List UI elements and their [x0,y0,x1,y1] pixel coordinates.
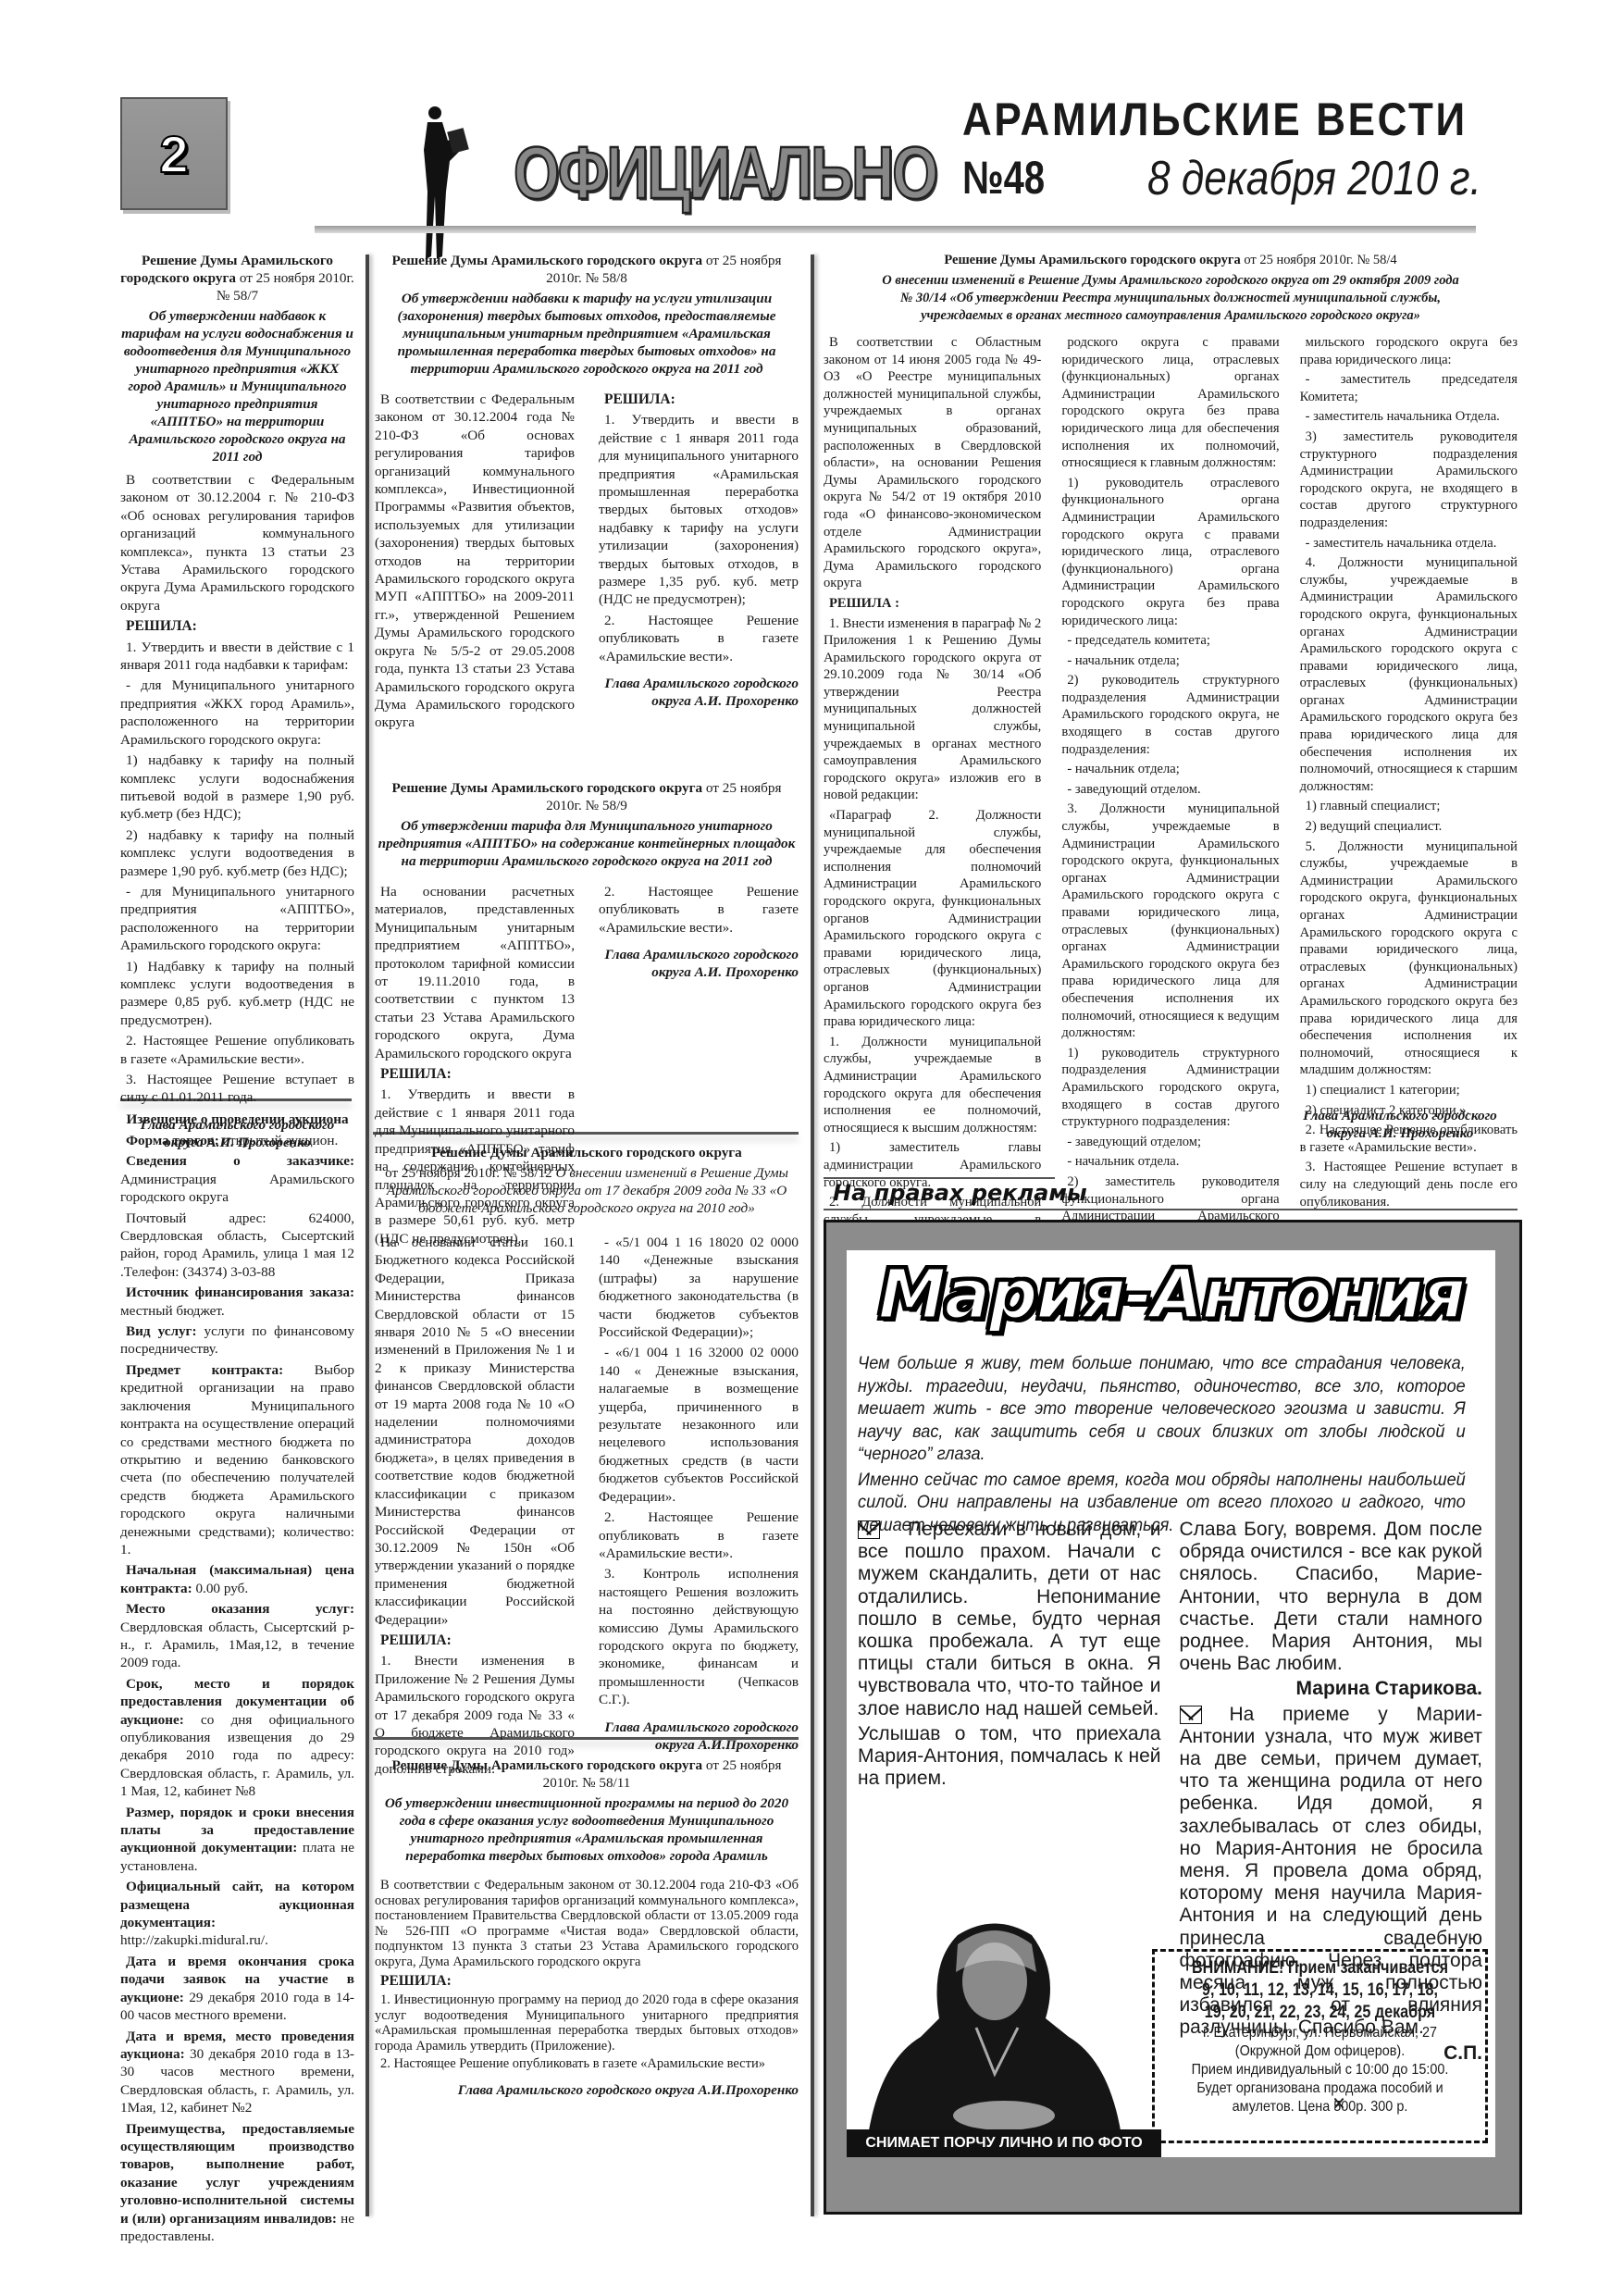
ad-label: На правах рекламы [833,1180,1087,1206]
auction-item-label: Преимущества, предоставляемые осуществля… [120,2121,354,2227]
paragraph: 1) Надбавку к тарифу на полный комплекс … [120,958,354,1030]
auction-item-value: открытый аукцион. [219,1133,339,1148]
paragraph: 2. Настоящее Решение опубликовать в газе… [599,1508,799,1562]
auction-notice: Извещение о проведении аукциона Форма то… [120,1111,354,2248]
paragraph: 5. Должности муниципальной службы, учреж… [1300,838,1518,1079]
signature: Глава Арамильского городского округа А.И… [599,675,799,710]
auction-item-label: Место оказания услуг: [126,1601,354,1617]
paragraph: - начальник отдела. [1061,1153,1279,1171]
paragraph: На основании статьи 160.1 Бюджетного код… [375,1234,575,1629]
paragraph: 2. Настоящее Решение опубликовать в газе… [120,1032,354,1068]
auction-item: Источник финансирования заказа: местный … [120,1284,354,1320]
page-number: 2 [159,124,188,184]
coupon-line: Будет организована продажа пособий и [1171,2079,1468,2098]
auction-item-value: Выбор кредитной организации на право зак… [120,1362,354,1558]
photo-caption: СНИМАЕТ ПОРЧУ ЛИЧНО И ПО ФОТО [847,2129,1161,2157]
auction-item-value: местный бюджет. [120,1303,225,1319]
auction-item: Место оказания услуг: Свердловская облас… [120,1600,354,1672]
coupon-line: Прием индивидуальный с 10:00 до 15:00. [1171,2061,1468,2079]
envelope-icon [858,1520,880,1539]
paragraph: - для Муниципального унитарного предприя… [120,883,354,955]
signature: Глава Арамильского городского округа А.И… [599,946,799,981]
resolved-label: РЕШИЛА: [375,1972,799,1990]
rubric-title: ОФИЦИАЛЬНО [514,130,936,216]
ad-content: Мария-Антония Чем больше я живу, тем бол… [847,1250,1495,2157]
paragraph: В соответствии с Федеральным законом от … [120,471,354,614]
article-column: мильского городского округа без права юр… [1300,334,1518,1300]
paragraph: 1. Внести изменения в параграф № 2 Прило… [824,615,1041,805]
ad-paragraph: Чем больше я живу, тем больше понимаю, ч… [858,1352,1466,1466]
auction-item-label: Источник финансирования заказа: [126,1285,354,1300]
paragraph: - начальник отдела; [1061,761,1279,778]
paragraph: В соответствии с Областным законом от 14… [824,334,1041,592]
article-58-8: Решение Думы Арамильского городского окр… [375,252,799,735]
woman-portrait-photo [847,1917,1138,2157]
article-heading: Решение Думы Арамильского городского окр… [392,253,703,268]
article-58-7: Решение Думы Арамильского городского окр… [120,252,354,1154]
resolved-label: РЕШИЛА: [120,617,354,635]
issue-number: №48 [962,151,1045,205]
auction-item: Сведения о заказчике: Администрация Арам… [120,1152,354,1206]
ad-letter-author: Марина Старикова. [1180,1678,1483,1700]
article-column: В соответствии с Областным законом от 14… [824,334,1041,1300]
paragraph: 3. Настоящее Решение вступает в силу на … [1300,1159,1518,1210]
auction-item-value[interactable]: http://zakupki.midural.ru/. [120,1932,268,1948]
article-subtitle: Об утверждении надбавок к тарифам на усл… [120,307,354,465]
paragraph: 1. Должности муниципальной службы, учреж… [824,1034,1041,1137]
paragraph: 2) надбавку к тарифу на полный комплекс … [120,826,354,880]
auction-item: Дата и время, место проведения аукциона:… [120,2028,354,2117]
paragraph: - председатель комитета; [1061,632,1279,650]
paragraph: 2) ведущий специалист. [1300,818,1518,836]
old-price-crossed: 500 [1333,2099,1356,2115]
auction-item: Форма торгов: открытый аукцион. [120,1132,354,1149]
article-heading: Решение Думы Арамильского городского окр… [392,780,703,796]
coupon-line: ВНИМАНИЕ! Прием заканчивается [1180,1957,1460,1980]
article-heading: Решение Думы Арамильского городского окр… [431,1145,742,1160]
coupon-price: амулетов. Цена 500р. 300 р. [1171,2098,1468,2116]
paragraph: мильского городского округа без права юр… [1300,334,1518,368]
coupon-line: 19, 20, 21, 22, 23, 24, 25 декабря [1180,2002,1460,2024]
article-number: от 25 ноября 2010г. № 58/4 [1241,253,1397,267]
article-58-12: Решение Думы Арамильского городского окр… [375,1144,799,1781]
article-column: родского округа с правами юридического л… [1061,334,1279,1300]
auction-item-value: Почтовый адрес: 624000, Свердловская обл… [120,1210,354,1280]
article-number: от 25 ноября 2010г. № 58/7 [217,270,354,304]
issue-date: 8 декабря 2010 г. [1147,151,1481,206]
auction-item-label: Вид услуг: [126,1323,197,1339]
ad-title: Мария-Антония [847,1255,1495,1334]
auction-title: Извещение о проведении аукциона [120,1111,354,1128]
paragraph: 1) специалист 1 категории; [1300,1082,1518,1099]
paragraph: 1. Утвердить и ввести в действие с 1 янв… [599,411,799,608]
paragraph: 3) заместитель руководителя структурного… [1300,428,1518,532]
article-heading: Решение Думы Арамильского городского окр… [944,253,1240,267]
paragraph: 3. Контроль исполнения настоящего Решени… [599,1565,799,1708]
resolved-label: РЕШИЛА: [599,391,799,408]
paragraph: - заместитель председателя Комитета; [1300,371,1518,405]
ad-letter: Переехали в новый дом, и все пошло прахо… [858,1519,1161,1719]
paragraph: В соответствии с Федеральным законом от … [375,1878,799,1969]
paragraph: 2. Настоящее Решение опубликовать в газе… [599,612,799,665]
auction-item: Вид услуг: услуги по финансовому посредн… [120,1322,354,1359]
appointment-coupon: ВНИМАНИЕ! Прием заканчивается 9, 10, 11,… [1152,1949,1488,2143]
column-divider [365,254,369,2216]
article-number: от 25 ноября 2010г. № 58/12 [385,1165,556,1181]
paragraph: 1) надбавку к тарифу на полный комплекс … [120,751,354,824]
paragraph: 1) главный специалист; [1300,798,1518,815]
paragraph: 2. Настоящее Решение опубликовать в газе… [599,883,799,937]
signature: Глава Арамильского городского округа А.И… [599,1719,799,1754]
auction-item-label: Сведения о заказчике: [126,1153,354,1169]
ad-divider [824,1209,1518,1210]
newspaper-title: АРАМИЛЬСКИЕ ВЕСТИ [962,93,1468,146]
paragraph: - начальник отдела; [1061,652,1279,670]
resolved-label: РЕШИЛА : [824,595,1041,613]
auction-item: Официальный сайт, на котором размещена а… [120,1878,354,1950]
ad-divider [824,1177,1055,1179]
paragraph: 2) руководитель структурного подразделен… [1061,672,1279,758]
new-price: р. 300 р. [1356,2099,1407,2115]
ad-letter: Услышав о том, что приехала Мария-Антони… [858,1723,1161,1791]
header-divider [315,226,1476,233]
auction-item: Дата и время окончания срока подачи заяв… [120,1953,354,2025]
auction-item-label: Предмет контракта: [126,1362,283,1378]
paragraph: 3. Настоящее Решение вступает в силу с 0… [120,1071,354,1107]
signature: Глава Арамильского городского округа А.И… [375,2081,799,2099]
advertisement: Мария-Антония Чем больше я живу, тем бол… [824,1220,1522,2215]
auction-item-value: Свердловская область, Сысертский р-н., г… [120,1620,354,1671]
signature: Глава Арамильского городского округа А.И… [1284,1107,1516,1142]
auction-item: Почтовый адрес: 624000, Свердловская обл… [120,1210,354,1282]
resolved-label: РЕШИЛА: [375,1065,575,1083]
auction-item: Преимущества, предоставляемые осуществля… [120,2120,354,2246]
paragraph: В соответствии с Федеральным законом от … [375,391,575,732]
article-subtitle: О внесении изменений в Решение Думы Арам… [824,272,1518,325]
auction-item: Начальная (максимальная) цена контракта:… [120,1561,354,1597]
auction-item: Предмет контракта: Выбор кредитной орган… [120,1361,354,1558]
price-prefix: амулетов. Цена [1233,2099,1334,2115]
article-subtitle: Об утверждении инвестиционной программы … [375,1794,799,1865]
article-subtitle: Об утверждении тарифа для Муниципального… [375,817,799,870]
article-58-11: Решение Думы Арамильского городского окр… [375,1756,799,2102]
paragraph: - заведующий отделом. [1061,781,1279,799]
page-number-badge: 2 [120,97,228,210]
auction-item-value: 0.00 руб. [192,1581,248,1596]
paragraph: 1) руководитель структурного подразделен… [1061,1045,1279,1131]
paragraph: - для Муниципального унитарного предприя… [120,676,354,749]
auction-item: Срок, место и порядок предоставления док… [120,1675,354,1801]
paragraph: 1) руководитель отраслевого функциональн… [1061,475,1279,629]
man-reading-icon [415,104,470,266]
paragraph: 3. Должности муниципальной службы, учреж… [1061,800,1279,1041]
column-divider [811,254,814,2216]
ad-letter: Слава Богу, вовремя. Дом после обряда оч… [1180,1519,1483,1675]
paragraph: - заместитель начальника Отдела. [1300,408,1518,426]
paragraph: 2. Настоящее Решение опубликовать в газе… [375,2056,799,2072]
paragraph: 1. Утвердить и ввести в действие с 1 янв… [120,639,354,675]
coupon-line: (Окружной Дом офицеров). [1171,2042,1468,2061]
paragraph: - «6/1 004 1 16 32000 02 0000 140 « Дене… [599,1344,799,1506]
paragraph: - заведующий отделом; [1061,1134,1279,1151]
paragraph: - заместитель начальника отдела. [1300,535,1518,552]
paragraph: 1. Инвестиционную программу на период до… [375,1992,799,2054]
ad-intro: Чем больше я живу, тем больше понимаю, ч… [858,1352,1468,1539]
article-58-4-signature: Глава Арамильского городского округа А.И… [1284,1098,1516,1145]
auction-item-label: Форма торгов: [126,1133,219,1148]
resolved-label: РЕШИЛА: [375,1632,575,1649]
auction-item-value: Администрация Арамильского городского ок… [120,1172,354,1205]
paragraph: 4. Должности муниципальной службы, учреж… [1300,554,1518,795]
paragraph: На основании расчетных материалов, предс… [375,883,575,1062]
article-subtitle: Об утверждении надбавки к тарифу на услу… [375,290,799,378]
auction-item: Размер, порядок и сроки внесения платы з… [120,1804,354,1876]
auction-item-label: Официальный сайт, на котором размещена а… [120,1879,354,1930]
coupon-line: 9, 10, 11, 12, 13, 14, 15, 16, 17, 18, [1180,1980,1460,2002]
paragraph: - «5/1 004 1 16 18020 02 0000 140 «Денеж… [599,1234,799,1341]
article-heading: Решение Думы Арамильского городского окр… [392,1757,703,1773]
paragraph: родского округа с правами юридического л… [1061,334,1279,472]
envelope-icon [1180,1706,1202,1724]
paragraph: «Параграф 2. Должности муниципальной слу… [824,807,1041,1031]
coupon-line: г. Екатеринбург, ул. Первомайская, 27 [1171,2024,1468,2042]
